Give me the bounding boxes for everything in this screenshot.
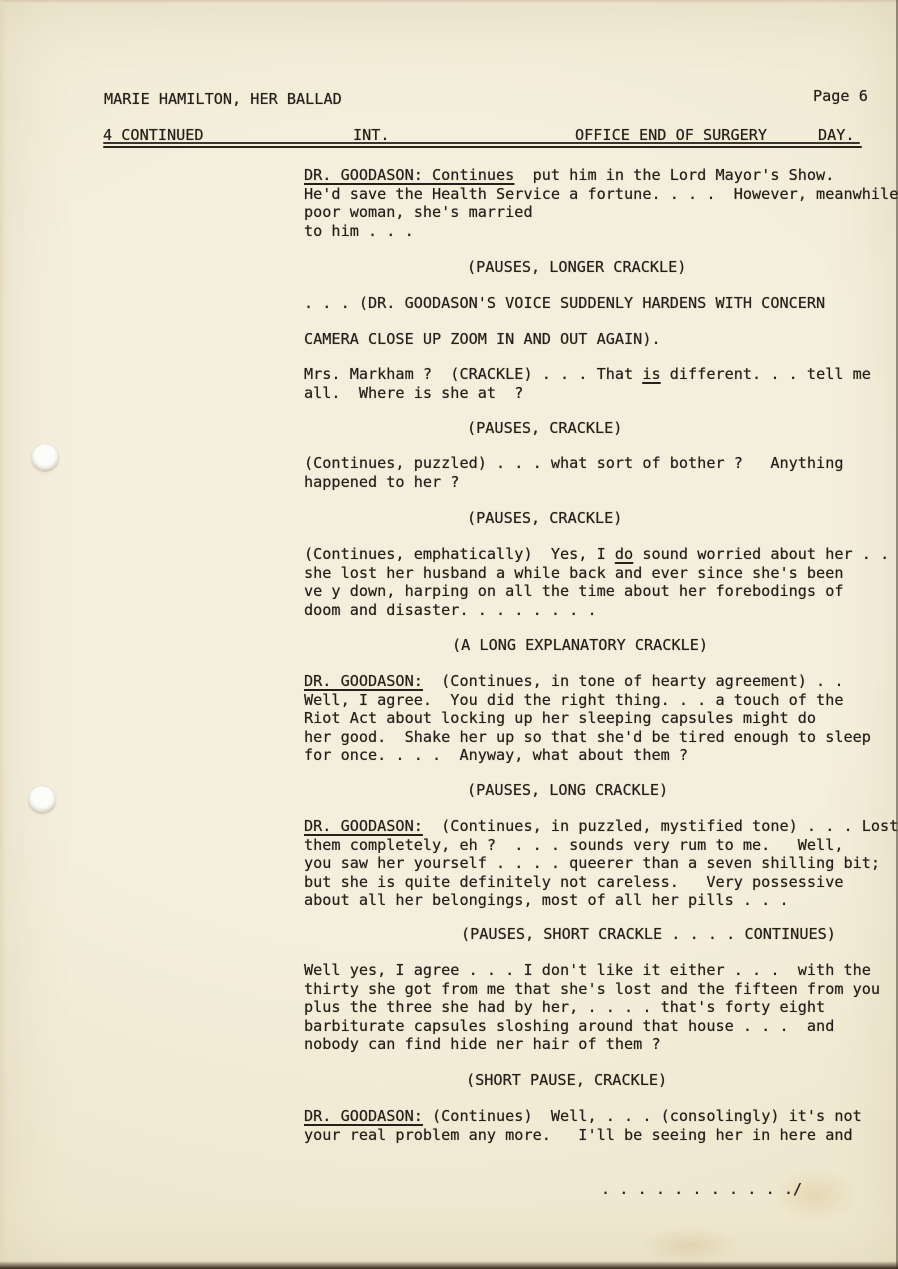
continuation-mark: . . . . . . . . . . ./: [601, 1180, 802, 1199]
dialogue-goodason-2: DR. GOODASON: (Continues, in tone of hea…: [304, 672, 871, 765]
scene-heading-rule-top: [103, 142, 860, 144]
direction-pauses-longer-crackle: (PAUSES, LONGER CRACKLE): [467, 258, 686, 277]
dialogue-well-yes-i-agree: Well yes, I agree . . . I don't like it …: [304, 961, 880, 1054]
dialogue-continues-puzzled: (Continues, puzzled) . . . what sort of …: [304, 454, 843, 491]
direction-voice-hardens: . . . (DR. GOODASON'S VOICE SUDDENLY HAR…: [304, 294, 825, 313]
document-title: MARIE HAMILTON, HER BALLAD: [104, 90, 342, 109]
scan-edge-top: [0, 0, 898, 3]
dialogue-goodason-4: DR. GOODASON: (Continues) Well, . . . (c…: [304, 1107, 862, 1144]
scene-heading-rule-bottom: [103, 146, 862, 149]
direction-pauses-long-crackle: (PAUSES, LONG CRACKLE): [467, 781, 668, 800]
hole-punch-top: [31, 444, 59, 472]
dialogue-goodason-1: DR. GOODASON: Continues put him in the L…: [304, 166, 898, 240]
page-number: Page 6: [813, 87, 868, 106]
dialogue-mrs-markham: Mrs. Markham ? (CRACKLE) . . . That is d…: [304, 365, 871, 402]
direction-pauses-short-crackle-continues: (PAUSES, SHORT CRACKLE . . . . CONTINUES…: [461, 925, 836, 944]
dialogue-goodason-3: DR. GOODASON: (Continues, in puzzled, my…: [304, 817, 898, 910]
dialogue-continues-emphatically: (Continues, emphatically) Yes, I do soun…: [304, 545, 889, 619]
scan-edge-bottom: [0, 1261, 898, 1269]
direction-camera-zoom: CAMERA CLOSE UP ZOOM IN AND OUT AGAIN).: [304, 330, 661, 349]
direction-pauses-crackle-1: (PAUSES, CRACKLE): [467, 419, 622, 438]
direction-pauses-crackle-2: (PAUSES, CRACKLE): [467, 509, 622, 528]
scan-edge-left: [0, 0, 6, 1269]
direction-short-pause-crackle: (SHORT PAUSE, CRACKLE): [466, 1071, 667, 1090]
direction-long-explanatory-crackle: (A LONG EXPLANATORY CRACKLE): [452, 636, 708, 655]
hole-punch-bottom: [28, 786, 56, 814]
script-page: MARIE HAMILTON, HER BALLAD Page 6 4 CONT…: [0, 0, 898, 1269]
